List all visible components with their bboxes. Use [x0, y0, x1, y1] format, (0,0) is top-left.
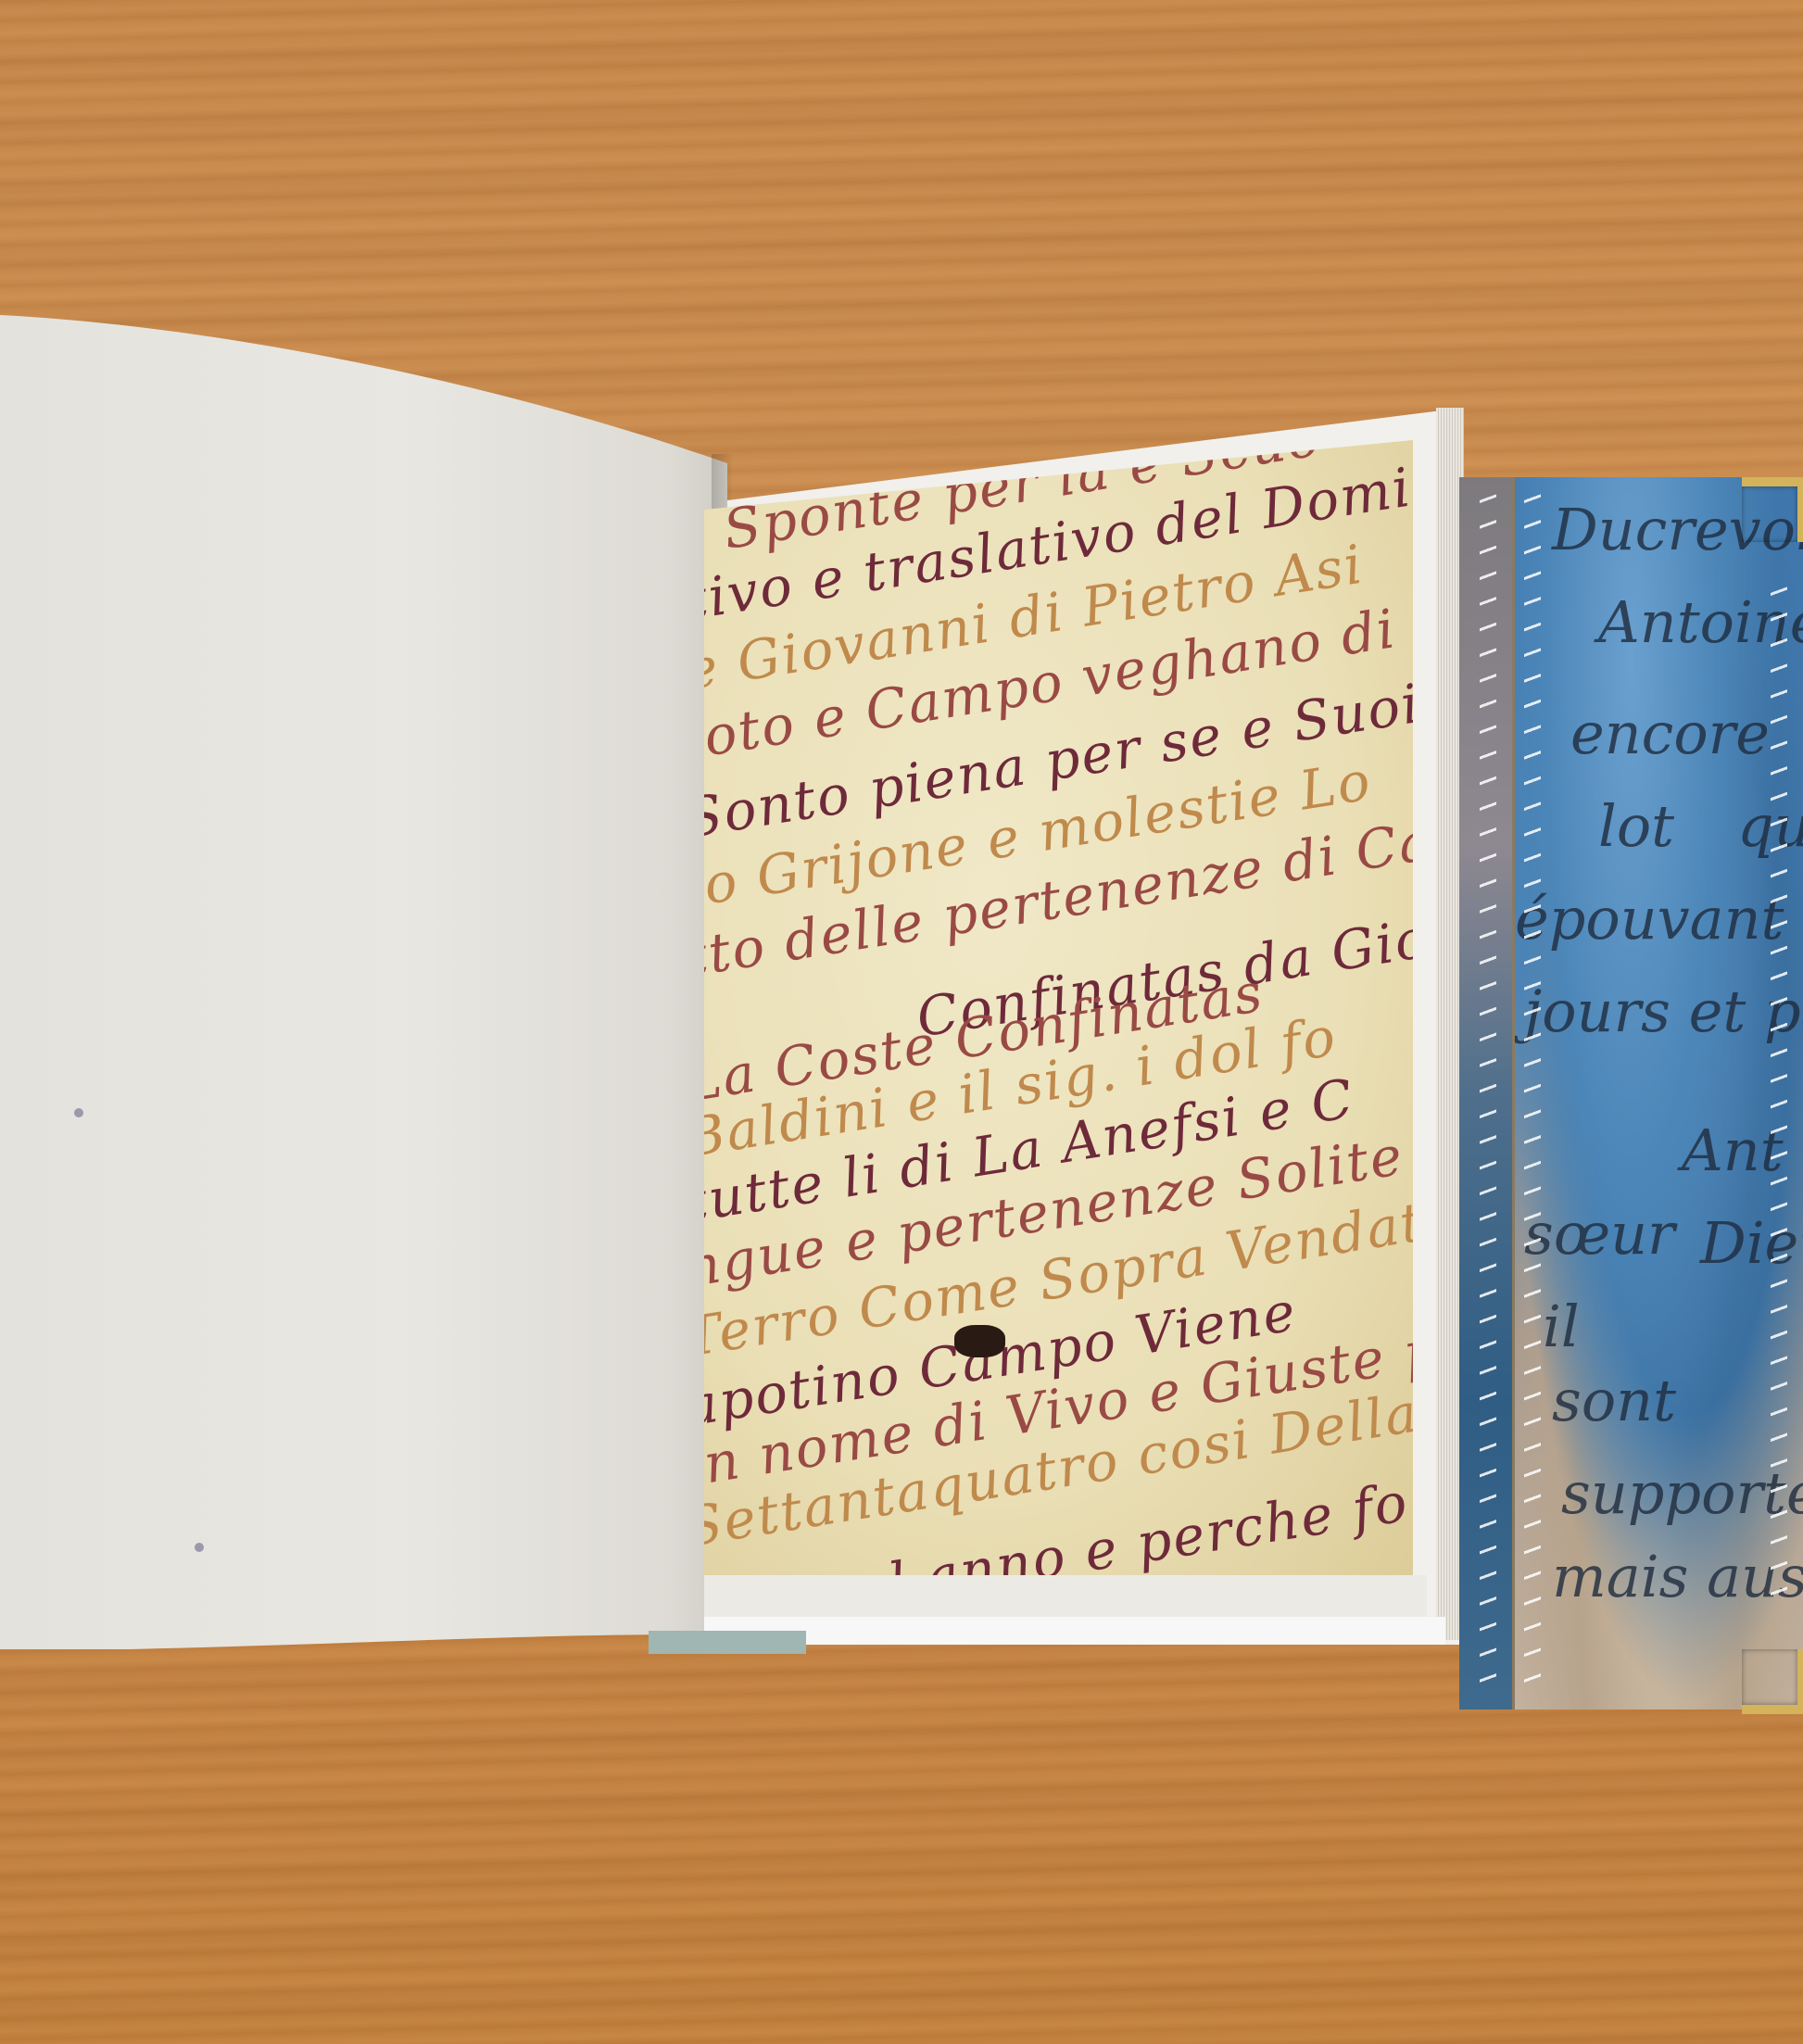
blue-watercolor-page: Ducrevoir Antoine encore lot quel épouva…: [1512, 477, 1803, 1710]
gold-corner-bottom: [1742, 1649, 1803, 1714]
script-word: Ant: [1682, 1117, 1784, 1184]
ink-spot: [74, 1108, 83, 1117]
gold-corner-top: [1742, 477, 1803, 542]
zigzag-stitching: [1480, 486, 1496, 1691]
script-word: Dieu: [1700, 1209, 1803, 1277]
zigzag-stitching: [1771, 579, 1787, 1598]
page-bottom-edge-white: [704, 1617, 1445, 1645]
back-page-strip: [1459, 477, 1515, 1710]
script-word: il: [1543, 1293, 1580, 1360]
vintage-script-paper: - Sponte per la e Scuo tivo e traslativo…: [704, 440, 1413, 1580]
script-word: jours et pas: [1524, 978, 1803, 1045]
page-bottom-edge: [704, 1575, 1427, 1617]
script-word: mais aussi: [1552, 1543, 1803, 1610]
script-word: sont: [1552, 1367, 1676, 1434]
ink-blot: [954, 1325, 1005, 1357]
script-word: épouvant: [1515, 885, 1784, 953]
cover-peek: [649, 1631, 806, 1654]
left-blank-page: [0, 315, 727, 1649]
script-word: lot: [1598, 792, 1674, 860]
zigzag-stitching: [1524, 486, 1541, 1691]
ink-spot: [195, 1543, 204, 1552]
script-word: sœur: [1524, 1200, 1675, 1268]
photo-scene: - Sponte per la e Scuo tivo e traslativo…: [0, 0, 1803, 2044]
script-word: encore: [1570, 700, 1770, 767]
script-word: supporte: [1561, 1459, 1803, 1527]
